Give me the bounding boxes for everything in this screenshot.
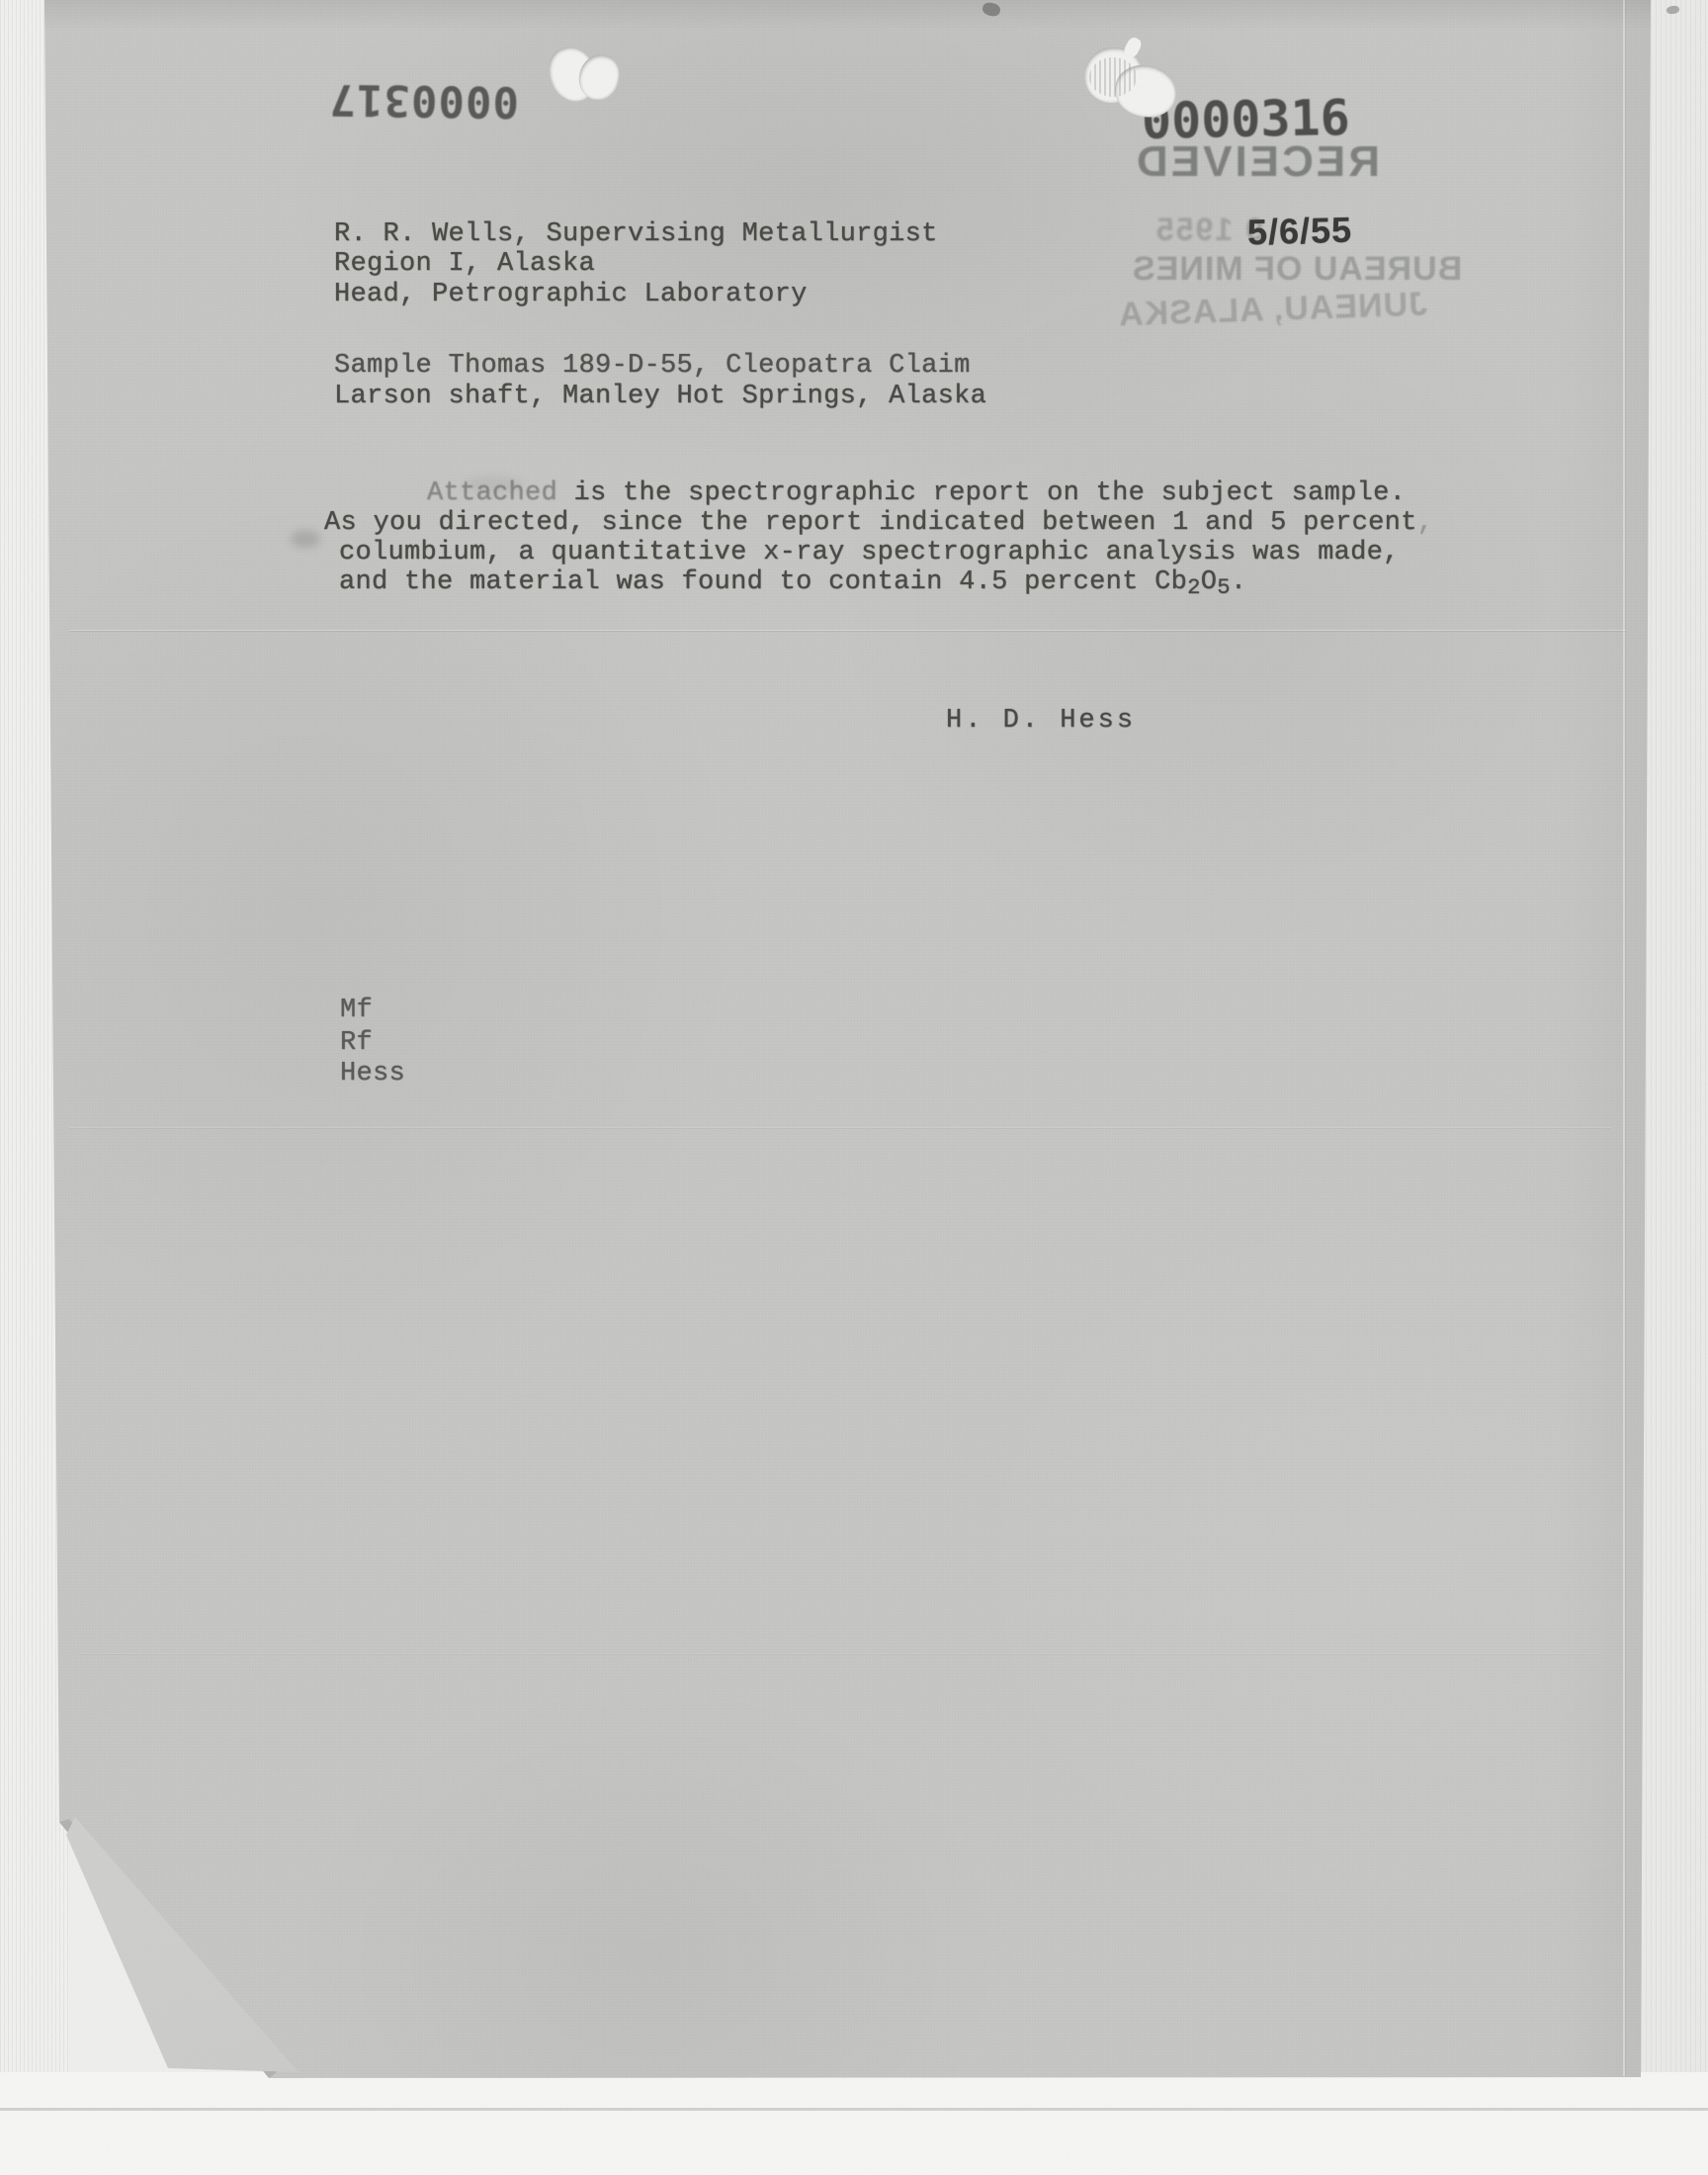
- body-line-1: Attached is the spectrographic report on…: [427, 478, 1406, 508]
- body-line-4-period: .: [1231, 567, 1247, 597]
- crease-horizontal: [69, 630, 1626, 632]
- initials-line-2: Rf: [340, 1028, 373, 1058]
- chemical-subscript-2: 2: [1187, 575, 1201, 600]
- initials-line-3: Hess: [340, 1059, 405, 1088]
- body-line-4: and the material was found to contain 4.…: [339, 567, 1246, 603]
- handwritten-date: 5/6/55: [1246, 210, 1352, 254]
- archive-number-top-left: 0000317: [326, 74, 520, 128]
- body-line-3: columbium, a quantitative x-ray spectrog…: [339, 538, 1400, 567]
- recipient-line-2: Region I, Alaska: [334, 249, 595, 279]
- body-line-2-text: As you directed, since the report indica…: [324, 508, 1417, 538]
- punch-hole-scan-artifact: [1089, 57, 1137, 97]
- crease-horizontal: [69, 1127, 1611, 1129]
- recipient-line-1: R. R. Wells, Supervising Metallurgist: [334, 219, 938, 249]
- scanner-background-bottom: [0, 2072, 1708, 2175]
- received-stamp-location: JUNEAU, ALASKA: [1117, 286, 1427, 335]
- body-line-1-rest: is the spectrographic report on the subj…: [557, 478, 1406, 508]
- recipient-line-3: Head, Petrographic Laboratory: [334, 280, 808, 309]
- signature: H. D. Hess: [946, 706, 1136, 736]
- body-line-2: As you directed, since the report indica…: [324, 508, 1433, 538]
- received-stamp-organization: BUREAU OF MINES: [1132, 250, 1462, 289]
- crease-vertical: [1623, 0, 1625, 2076]
- initials-line-1: Mf: [340, 996, 373, 1025]
- body-line-1-lead: Attached: [427, 478, 557, 508]
- received-stamp-title: RECEIVED: [1134, 137, 1380, 187]
- scanned-memo-page: 0000317 0000316 RECEIVED 9 1955 BUREAU O…: [0, 0, 1708, 2175]
- subject-line-1: Sample Thomas 189-D-55, Cleopatra Claim: [334, 351, 971, 381]
- body-line-2-trailing-comma: ,: [1417, 508, 1434, 538]
- chemical-subscript-5: 5: [1217, 575, 1231, 600]
- scan-edge-line: [0, 2108, 1708, 2111]
- body-line-4-text: and the material was found to contain 4.…: [339, 567, 1187, 597]
- crease-horizontal: [79, 1653, 1601, 1655]
- subject-line-2: Larson shaft, Manley Hot Springs, Alaska: [334, 382, 986, 411]
- ink-smudge: [291, 530, 320, 548]
- document-page: 0000317 0000316 RECEIVED 9 1955 BUREAU O…: [0, 0, 1708, 2175]
- chemical-oxide: O: [1201, 567, 1218, 597]
